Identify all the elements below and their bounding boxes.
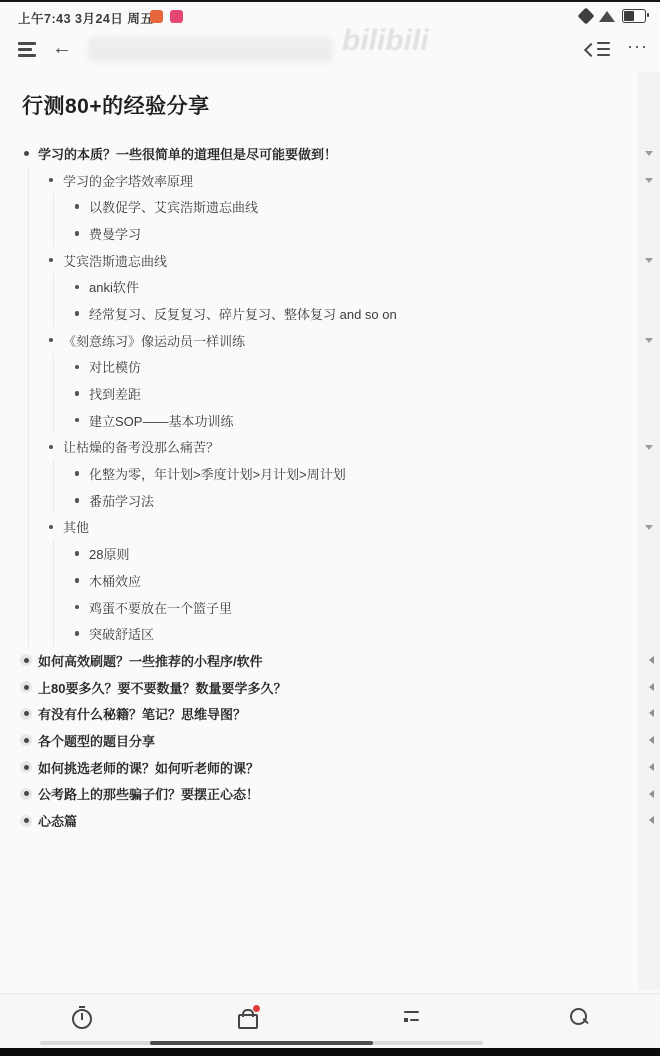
battery-icon bbox=[622, 9, 646, 23]
outline-item-text: 突破舒适区 bbox=[89, 624, 154, 643]
outline-item-text: 以教促学、艾宾浩斯遗忘曲线 bbox=[89, 197, 258, 216]
bullet-icon[interactable] bbox=[71, 201, 83, 213]
outline-item-text: 学习的金字塔效率原理 bbox=[63, 171, 193, 190]
bullet-icon[interactable] bbox=[71, 307, 83, 319]
collapse-arrow-icon[interactable] bbox=[645, 258, 653, 263]
outline-item-text: 28原则 bbox=[89, 544, 129, 563]
bullet-icon[interactable] bbox=[71, 494, 83, 506]
outline-item-text: 找到差距 bbox=[89, 384, 141, 403]
more-icon[interactable]: ··· bbox=[627, 36, 648, 57]
alert-icon bbox=[578, 8, 595, 25]
screen-top-edge bbox=[0, 0, 660, 2]
bullet-icon[interactable] bbox=[71, 281, 83, 293]
bullet-icon[interactable] bbox=[71, 574, 83, 586]
indent-guide-line bbox=[28, 327, 29, 354]
indent-guide-line bbox=[28, 220, 29, 247]
bullet-icon[interactable] bbox=[20, 761, 32, 773]
indent-guide-line bbox=[53, 380, 54, 407]
bullet-icon[interactable] bbox=[71, 361, 83, 373]
notification-dot bbox=[253, 1005, 260, 1012]
expand-arrow-icon[interactable] bbox=[649, 683, 654, 691]
indent-guide-line bbox=[53, 273, 54, 300]
outline-row[interactable]: 番茄学习法 bbox=[0, 487, 660, 514]
notification-badge-pink-icon bbox=[170, 10, 183, 23]
outline-row[interactable]: 费曼学习 bbox=[0, 220, 660, 247]
indent-guide-line bbox=[53, 540, 54, 567]
indent-guide-line bbox=[53, 300, 54, 327]
app-screen: 上午7:43 3月24日 周五 ← ··· bilibili 行测80+的经验分… bbox=[0, 0, 660, 1056]
outline-item-text: 经常复习、反复复习、碎片复习、整体复习 and so on bbox=[89, 304, 397, 323]
outline-item-text: 各个题型的题目分享 bbox=[38, 731, 155, 750]
outline-row[interactable]: 如何高效刷题？一些推荐的小程序/软件 bbox=[0, 647, 660, 674]
outline-item-text: 如何挑选老师的课？如何听老师的课？ bbox=[38, 758, 259, 777]
outline-item-text: 鸡蛋不要放在一个篮子里 bbox=[89, 598, 232, 617]
outline-item-text: 费曼学习 bbox=[89, 224, 141, 243]
indent-guide-line bbox=[28, 167, 29, 194]
outline-item-text: 心态篇 bbox=[38, 811, 77, 830]
indent-guide-line bbox=[53, 220, 54, 247]
indent-guide-line bbox=[53, 567, 54, 594]
outline-row[interactable]: 心态篇 bbox=[0, 807, 660, 834]
indent-guide-line bbox=[53, 407, 54, 434]
bullet-icon[interactable] bbox=[45, 441, 57, 453]
bullet-icon[interactable] bbox=[45, 254, 57, 266]
bullet-icon[interactable] bbox=[45, 334, 57, 346]
outline-row[interactable]: 艾宾浩斯遗忘曲线 bbox=[0, 247, 660, 274]
bag-icon[interactable] bbox=[237, 1006, 259, 1028]
outline-row[interactable]: 其他 bbox=[0, 514, 660, 541]
outline-row[interactable]: 学习的本质？一些很简单的道理但是尽可能要做到！ bbox=[0, 140, 660, 167]
indent-guide-line bbox=[28, 487, 29, 514]
outline-row[interactable]: 各个题型的题目分享 bbox=[0, 727, 660, 754]
indent-guide-line bbox=[28, 567, 29, 594]
bullet-icon[interactable] bbox=[20, 815, 32, 827]
bullet-icon[interactable] bbox=[71, 468, 83, 480]
blurred-watermark-box bbox=[88, 38, 332, 62]
indent-guide-line bbox=[28, 354, 29, 381]
bullet-icon[interactable] bbox=[20, 654, 32, 666]
outline-row[interactable]: anki软件 bbox=[0, 273, 660, 300]
outline-item-text: 对比模仿 bbox=[89, 357, 141, 376]
outline-row[interactable]: 找到差距 bbox=[0, 380, 660, 407]
indent-guide-line bbox=[28, 273, 29, 300]
outline-row[interactable]: 学习的金字塔效率原理 bbox=[0, 167, 660, 194]
outline-row[interactable]: 让枯燥的备考没那么痛苦？ bbox=[0, 434, 660, 461]
indent-guide-line bbox=[28, 247, 29, 274]
outline-view-icon[interactable] bbox=[586, 41, 610, 59]
notification-badge-orange-icon bbox=[150, 10, 163, 23]
outline-item-text: 艾宾浩斯遗忘曲线 bbox=[63, 251, 167, 270]
collapse-arrow-icon[interactable] bbox=[645, 178, 653, 183]
bullet-icon[interactable] bbox=[45, 174, 57, 186]
indent-guide-line bbox=[28, 434, 29, 461]
bullet-icon[interactable] bbox=[71, 548, 83, 560]
expand-arrow-icon[interactable] bbox=[649, 816, 654, 824]
bullet-icon[interactable] bbox=[71, 414, 83, 426]
bullet-icon[interactable] bbox=[71, 227, 83, 239]
status-icons bbox=[580, 9, 646, 23]
outline-row[interactable]: 建立SOP——基本功训练 bbox=[0, 407, 660, 434]
outline-row[interactable]: 《刻意练习》像运动员一样训练 bbox=[0, 327, 660, 354]
outline-row[interactable]: 以教促学、艾宾浩斯遗忘曲线 bbox=[0, 193, 660, 220]
outline-row[interactable]: 28原则 bbox=[0, 540, 660, 567]
outline-item-text: 公考路上的那些骗子们？要摆正心态！ bbox=[38, 784, 259, 803]
indent-guide-line bbox=[53, 354, 54, 381]
bullet-icon[interactable] bbox=[71, 628, 83, 640]
outline-item-text: 建立SOP——基本功训练 bbox=[89, 411, 233, 430]
indent-guide-line bbox=[53, 193, 54, 220]
bullet-icon[interactable] bbox=[20, 708, 32, 720]
bullet-icon[interactable] bbox=[20, 147, 32, 159]
outline-row[interactable]: 如何挑选老师的课？如何听老师的课？ bbox=[0, 754, 660, 781]
outline-item-text: anki软件 bbox=[89, 277, 139, 296]
outline-row[interactable]: 木桶效应 bbox=[0, 567, 660, 594]
outline-item-text: 番茄学习法 bbox=[89, 491, 154, 510]
expand-arrow-icon[interactable] bbox=[649, 736, 654, 744]
format-list-icon[interactable] bbox=[402, 1006, 424, 1028]
indent-guide-line bbox=[28, 380, 29, 407]
bilibili-watermark: bilibili bbox=[342, 24, 429, 58]
outline-item-text: 《刻意练习》像运动员一样训练 bbox=[63, 331, 245, 350]
indent-guide-line bbox=[53, 460, 54, 487]
bullet-icon[interactable] bbox=[20, 734, 32, 746]
bullet-icon[interactable] bbox=[45, 521, 57, 533]
status-bar: 上午7:43 3月24日 周五 bbox=[0, 4, 660, 30]
indent-guide-line bbox=[53, 620, 54, 647]
outline-item-text: 有没有什么秘籍？笔记？思维导图？ bbox=[38, 704, 246, 723]
outline-row[interactable]: 公考路上的那些骗子们？要摆正心态！ bbox=[0, 781, 660, 808]
collapse-arrow-icon[interactable] bbox=[645, 525, 653, 530]
outline-item-text: 化整为零，年计划>季度计划>月计划>周计划 bbox=[89, 464, 346, 483]
wifi-icon bbox=[599, 11, 615, 22]
bullet-icon[interactable] bbox=[20, 681, 32, 693]
collapse-arrow-icon[interactable] bbox=[645, 445, 653, 450]
indent-guide-line bbox=[28, 540, 29, 567]
indent-guide-line bbox=[28, 620, 29, 647]
outline-row[interactable]: 鸡蛋不要放在一个篮子里 bbox=[0, 594, 660, 621]
search-icon[interactable] bbox=[568, 1006, 590, 1028]
outline-row[interactable]: 突破舒适区 bbox=[0, 620, 660, 647]
outline-row[interactable]: 有没有什么秘籍？笔记？思维导图？ bbox=[0, 700, 660, 727]
indent-guide-line bbox=[28, 407, 29, 434]
back-arrow-icon[interactable]: ← bbox=[52, 37, 72, 60]
outline-item-text: 其他 bbox=[63, 517, 89, 536]
bullet-icon[interactable] bbox=[71, 388, 83, 400]
expand-arrow-icon[interactable] bbox=[649, 790, 654, 798]
collapse-arrow-icon[interactable] bbox=[645, 151, 653, 156]
bullet-icon[interactable] bbox=[20, 788, 32, 800]
outline-item-text: 如何高效刷题？一些推荐的小程序/软件 bbox=[38, 651, 263, 670]
indent-guide-line bbox=[28, 514, 29, 541]
outline-item-text: 上80要多久？要不要数量？数量要学多久？ bbox=[38, 678, 286, 697]
outline-item-text: 木桶效应 bbox=[89, 571, 141, 590]
expand-arrow-icon[interactable] bbox=[649, 763, 654, 771]
outline-list: 学习的本质？一些很简单的道理但是尽可能要做到！学习的金字塔效率原理以教促学、艾宾… bbox=[0, 140, 660, 834]
expand-arrow-icon[interactable] bbox=[649, 709, 654, 717]
indent-guide-line bbox=[53, 487, 54, 514]
indent-guide-line bbox=[28, 460, 29, 487]
outline-row[interactable]: 经常复习、反复复习、碎片复习、整体复习 and so on bbox=[0, 300, 660, 327]
stopwatch-icon[interactable] bbox=[71, 1006, 93, 1028]
outline-item-text: 让枯燥的备考没那么痛苦？ bbox=[63, 437, 219, 456]
outline-item-text: 学习的本质？一些很简单的道理但是尽可能要做到！ bbox=[38, 144, 337, 163]
indent-guide-line bbox=[53, 594, 54, 621]
bullet-icon[interactable] bbox=[71, 601, 83, 613]
page-title: 行测80+的经验分享 bbox=[22, 90, 210, 120]
scroll-progress-thumb[interactable] bbox=[150, 1041, 373, 1045]
indent-guide-line bbox=[28, 193, 29, 220]
indent-guide-line bbox=[28, 594, 29, 621]
outline-row[interactable]: 化整为零，年计划>季度计划>月计划>周计划 bbox=[0, 460, 660, 487]
indent-guide-line bbox=[28, 300, 29, 327]
menu-icon[interactable] bbox=[18, 42, 38, 58]
expand-arrow-icon[interactable] bbox=[649, 656, 654, 664]
collapse-arrow-icon[interactable] bbox=[645, 338, 653, 343]
screen-bottom-edge bbox=[0, 1048, 660, 1056]
outline-row[interactable]: 上80要多久？要不要数量？数量要学多久？ bbox=[0, 674, 660, 701]
status-time: 上午7:43 3月24日 周五 bbox=[18, 9, 153, 27]
outline-row[interactable]: 对比模仿 bbox=[0, 354, 660, 381]
